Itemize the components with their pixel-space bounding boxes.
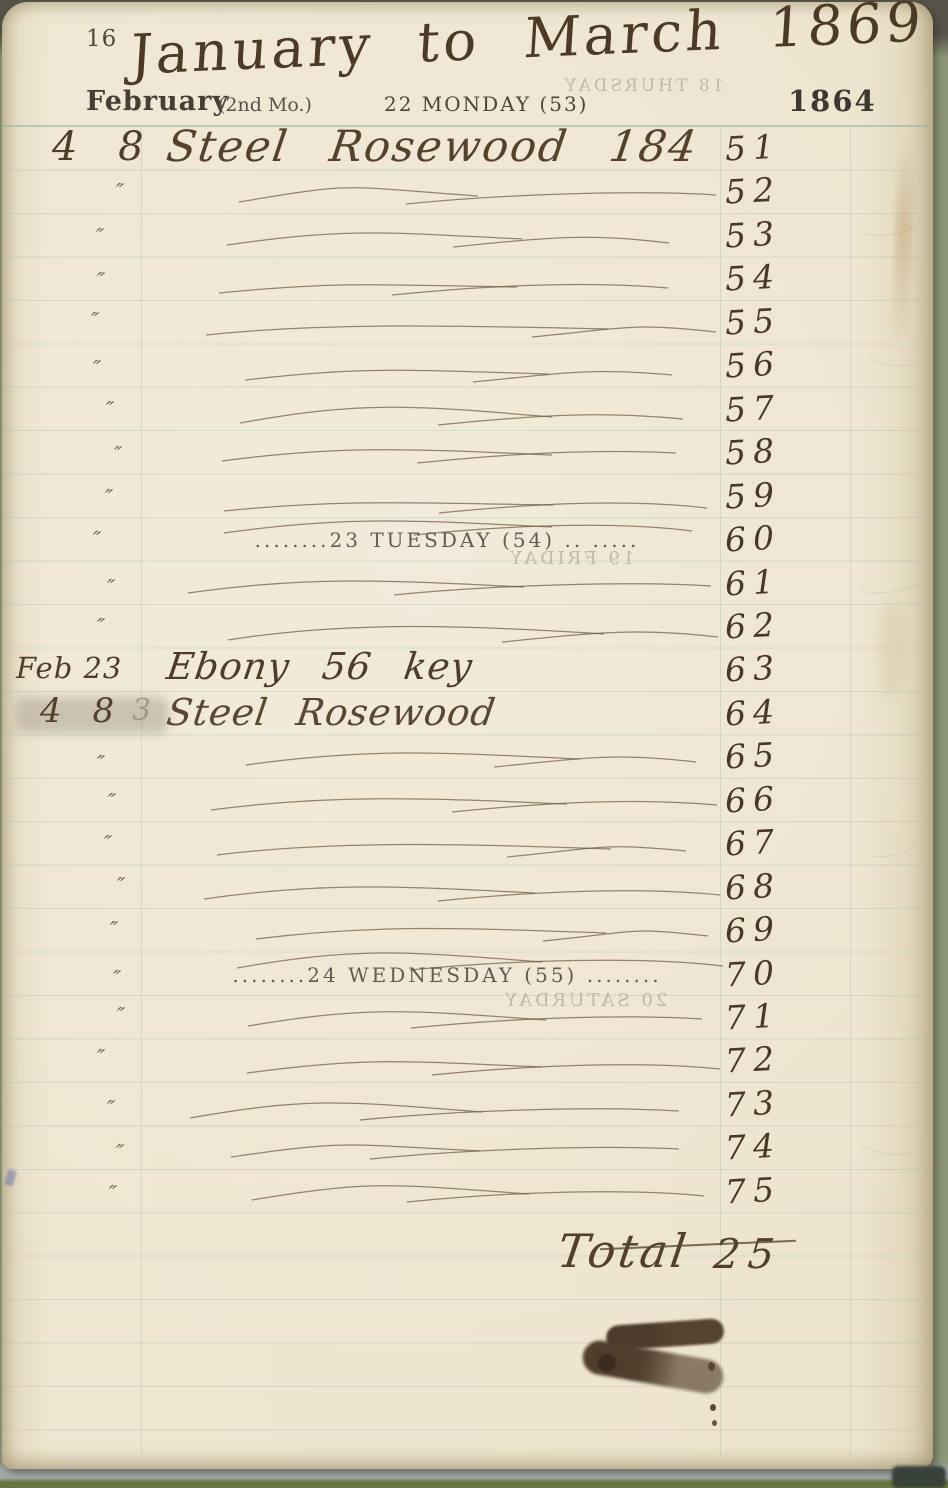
ditto-dash-flourish	[167, 997, 747, 1041]
printed-month: February	[86, 86, 229, 117]
erased-digit: 3	[132, 693, 151, 728]
ledger-row: ″72	[2, 1040, 922, 1084]
ditto-mark: ″	[114, 180, 126, 206]
diary-page: 16 January to March 1869 February (2nd M…	[2, 2, 933, 1469]
ledger-row: ″66	[2, 780, 922, 824]
printed-day-heading: 22 MONDAY (53)	[384, 92, 588, 116]
ditto-dash-flourish	[167, 867, 747, 911]
ditto-mark: ″	[104, 1096, 116, 1122]
ditto-dash-flourish	[167, 302, 747, 346]
printed-month-detail: (2nd Mo.)	[218, 94, 312, 116]
ledger-row: ″52	[2, 171, 922, 215]
piano-number: 64	[724, 691, 782, 733]
ditto-mark: ″	[110, 966, 122, 992]
ditto-mark: ″	[94, 752, 106, 778]
ditto-mark: ″	[89, 308, 101, 334]
piano-number: 54	[724, 257, 782, 299]
ditto-dash-flourish	[167, 606, 747, 650]
handwritten-entry: Steel Rosewood	[164, 691, 499, 734]
ledger-row: ″61	[2, 563, 922, 607]
total-value: 25	[711, 1230, 784, 1278]
ditto-dash-flourish	[167, 258, 747, 302]
ledger-row: ″54	[2, 258, 922, 302]
ditto-dash-flourish	[167, 1040, 747, 1084]
ditto-dash-flourish	[167, 736, 747, 780]
ditto-mark: ″	[90, 357, 102, 383]
printed-day-heading: ........23 TUESDAY (54) .. .....	[167, 528, 727, 552]
piano-number: 62	[724, 604, 782, 646]
piano-number: 63	[724, 648, 782, 690]
diary-scan: 16 January to March 1869 February (2nd M…	[0, 0, 948, 1488]
ledger-row: ″53	[2, 215, 922, 259]
piano-number: 51	[724, 127, 782, 169]
piano-number: 74	[724, 1126, 782, 1168]
ink-drip	[708, 1362, 715, 1371]
row-left-label: 4 8	[40, 691, 124, 731]
ditto-mark: ″	[94, 614, 106, 640]
ledger-row: ″........24 WEDNESDAY (55) ........70	[2, 954, 922, 998]
ditto-dash-flourish	[167, 1171, 747, 1215]
scanner-shadow	[892, 1466, 946, 1488]
ditto-dash-flourish	[167, 1127, 747, 1171]
ledger-row: ″........23 TUESDAY (54) .. .....60	[2, 519, 922, 563]
piano-number: 56	[724, 344, 782, 386]
piano-number: 65	[724, 735, 782, 777]
ditto-mark: ″	[111, 443, 123, 469]
ditto-mark: ″	[103, 485, 115, 511]
ditto-dash-flourish	[167, 563, 747, 607]
piano-number: 52	[724, 170, 782, 212]
ditto-dash-flourish	[167, 215, 747, 259]
ink-blot	[598, 1354, 616, 1372]
ditto-mark: ″	[94, 1046, 106, 1072]
ledger-row: ″74	[2, 1127, 922, 1171]
ditto-dash-flourish	[167, 1084, 747, 1128]
ink-blot	[605, 1318, 724, 1351]
ditto-mark: ″	[107, 918, 119, 944]
piano-number: 53	[724, 213, 782, 255]
ditto-dash-flourish	[167, 432, 747, 476]
handwritten-title: January to March 1869	[128, 0, 931, 87]
ledger-row: ″62	[2, 606, 922, 650]
ditto-dash-flourish	[167, 171, 747, 215]
ink-blot	[580, 1338, 726, 1396]
ditto-mark: ″	[104, 397, 116, 423]
ditto-dash-flourish	[167, 345, 747, 389]
piano-number: 70	[724, 952, 782, 994]
ledger-row: 4 8Steel Rosewood 18451	[2, 128, 922, 172]
piano-number: 73	[724, 1082, 782, 1124]
printed-year: 1864	[788, 84, 877, 118]
piano-number: 55	[724, 300, 782, 342]
bleedthrough-text: 18 THURSDAY	[562, 76, 723, 96]
ledger-row: ″57	[2, 389, 922, 433]
piano-number: 68	[724, 865, 782, 907]
ledger-row: ″73	[2, 1084, 922, 1128]
ditto-dash-flourish	[167, 823, 747, 867]
ledger-row: ″71	[2, 997, 922, 1041]
ditto-mark: ″	[101, 832, 113, 858]
ditto-mark: ″	[94, 269, 106, 295]
ditto-dash-flourish	[167, 389, 747, 433]
piano-number: 71	[724, 996, 782, 1038]
ledger-row: 4 83Steel Rosewood64	[2, 693, 922, 737]
ditto-mark: ″	[105, 789, 117, 815]
printed-day-heading: ........24 WEDNESDAY (55) ........	[167, 963, 727, 987]
piano-number: 57	[724, 387, 782, 429]
ledger-row: ″68	[2, 867, 922, 911]
ledger-row: ″65	[2, 736, 922, 780]
ditto-mark: ″	[94, 225, 106, 251]
piano-number: 61	[724, 561, 782, 603]
handwritten-entry: Steel Rosewood 184	[163, 122, 701, 172]
ditto-mark: ″	[113, 1140, 125, 1166]
piano-number: 58	[724, 431, 782, 473]
ink-drip	[710, 1404, 716, 1411]
ditto-mark: ″	[90, 528, 102, 554]
page-number: 16	[86, 26, 117, 52]
ditto-mark: ″	[106, 1181, 118, 1207]
piano-number: 72	[724, 1039, 782, 1081]
ledger-row: ″75	[2, 1171, 922, 1215]
piano-number: 67	[724, 822, 782, 864]
piano-number: 60	[724, 518, 782, 560]
ditto-mark: ″	[104, 576, 116, 602]
ledger-row: ″56	[2, 345, 922, 389]
ledger-row: ″67	[2, 823, 922, 867]
ledger-row: ″58	[2, 432, 922, 476]
row-left-label: 4 8	[52, 124, 158, 170]
piano-number: 66	[724, 778, 782, 820]
ledger-row: ″55	[2, 302, 922, 346]
ditto-dash-flourish	[167, 780, 747, 824]
piano-number: 75	[724, 1169, 782, 1211]
ditto-mark: ″	[114, 874, 126, 900]
ink-drip	[712, 1420, 717, 1426]
row-left-label: Feb 23	[16, 651, 122, 685]
ledger-row: Feb 23Ebony 56 key63	[2, 649, 922, 693]
handwritten-entry: Ebony 56 key	[164, 645, 476, 688]
total-label: Total	[554, 1224, 692, 1278]
ditto-mark: ″	[114, 1004, 126, 1030]
